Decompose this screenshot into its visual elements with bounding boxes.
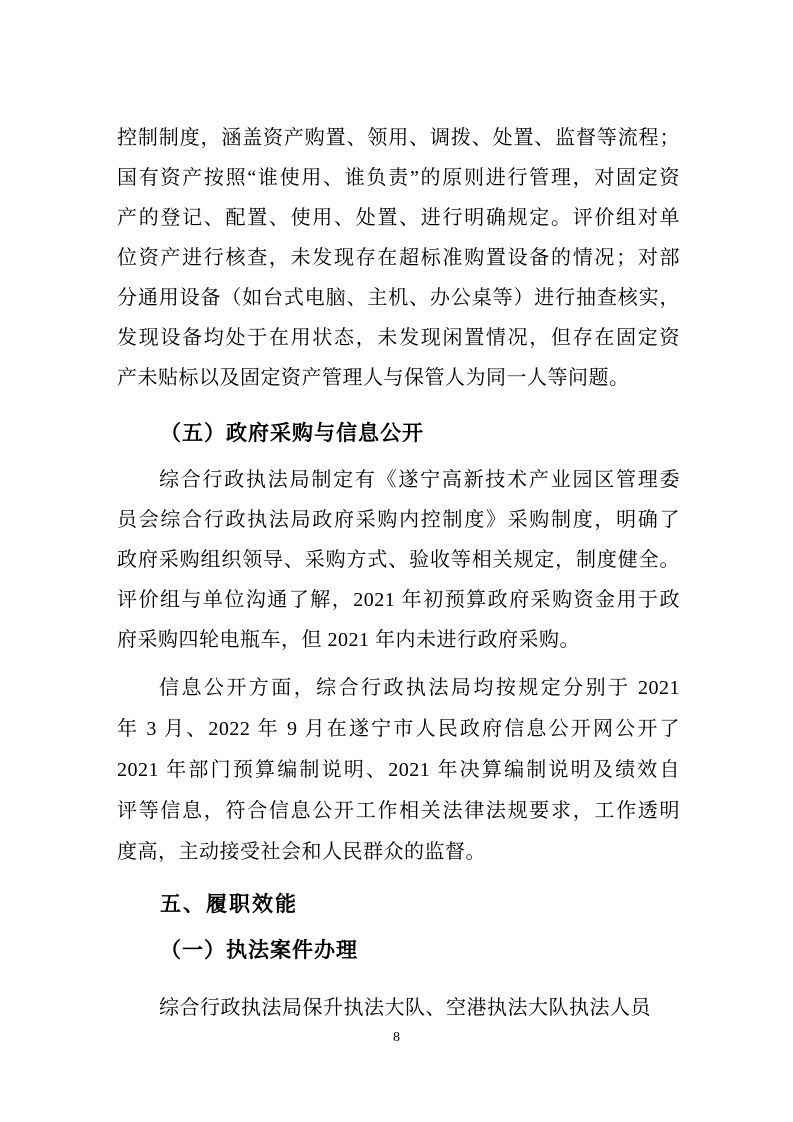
text-line: 综合行政执法局制定有《遂宁高新技术产业园区管理委 [117, 460, 680, 500]
document-page: 控制制度，涵盖资产购置、领用、调拨、处置、监督等流程； 国有资产按照“谁使用、谁… [0, 0, 793, 1122]
paragraph-law-enforcement: 综合行政执法局保升执法大队、空港执法大队执法人员 [117, 988, 680, 1028]
text-line: 分通用设备（如台式电脑、主机、办公桌等）进行抽查核实， [117, 278, 680, 318]
text-line: 年 3 月、2022 年 9 月在遂宁市人民政府信息公开网公开了 [117, 709, 680, 750]
text-line: 政府采购组织领导、采购方式、验收等相关规定，制度健全。 [117, 540, 680, 580]
text-line: 位资产进行核查，未发现存在超标准购置设备的情况；对部 [117, 238, 680, 278]
text-line: 府采购四轮电瓶车，但 2021 年内未进行政府采购。 [117, 620, 680, 660]
page-content: 控制制度，涵盖资产购置、领用、调拨、处置、监督等流程； 国有资产按照“谁使用、谁… [117, 118, 680, 1028]
text-line: 员会综合行政执法局政府采购内控制度》采购制度，明确了 [117, 500, 680, 540]
text-line: 国有资产按照“谁使用、谁负责”的原则进行管理，对固定资 [117, 158, 680, 198]
text-line: 综合行政执法局保升执法大队、空港执法大队执法人员 [117, 988, 680, 1028]
text-line: 评价组与单位沟通了解，2021 年初预算政府采购资金用于政 [117, 580, 680, 620]
paragraph-information-disclosure: 信息公开方面，综合行政执法局均按规定分别于 2021 年 3 月、2022 年 … [117, 668, 680, 873]
text-line: 度高，主动接受社会和人民群众的监督。 [117, 832, 680, 873]
heading-main-5-performance: 五、履职效能 [117, 885, 680, 925]
text-line: 发现设备均处于在用状态，未发现闲置情况，但存在固定资 [117, 318, 680, 358]
page-number: 8 [0, 1028, 793, 1048]
text-line: 信息公开方面，综合行政执法局均按规定分别于 2021 [117, 668, 680, 709]
text-line: 2021 年部门预算编制说明、2021 年决算编制说明及绩效自 [117, 750, 680, 791]
text-line: 控制制度，涵盖资产购置、领用、调拨、处置、监督等流程； [117, 118, 680, 158]
text-line: 产未贴标以及固定资产管理人与保管人为同一人等问题。 [117, 358, 680, 398]
text-line: 产的登记、配置、使用、处置、进行明确规定。评价组对单 [117, 198, 680, 238]
heading-section-5-1-cases: （一）执法案件办理 [117, 930, 680, 970]
heading-section-5-procurement: （五）政府采购与信息公开 [117, 413, 680, 453]
paragraph-asset-control: 控制制度，涵盖资产购置、领用、调拨、处置、监督等流程； 国有资产按照“谁使用、谁… [117, 118, 680, 398]
text-line: 评等信息，符合信息公开工作相关法律法规要求，工作透明 [117, 791, 680, 832]
paragraph-procurement: 综合行政执法局制定有《遂宁高新技术产业园区管理委 员会综合行政执法局政府采购内控… [117, 460, 680, 660]
